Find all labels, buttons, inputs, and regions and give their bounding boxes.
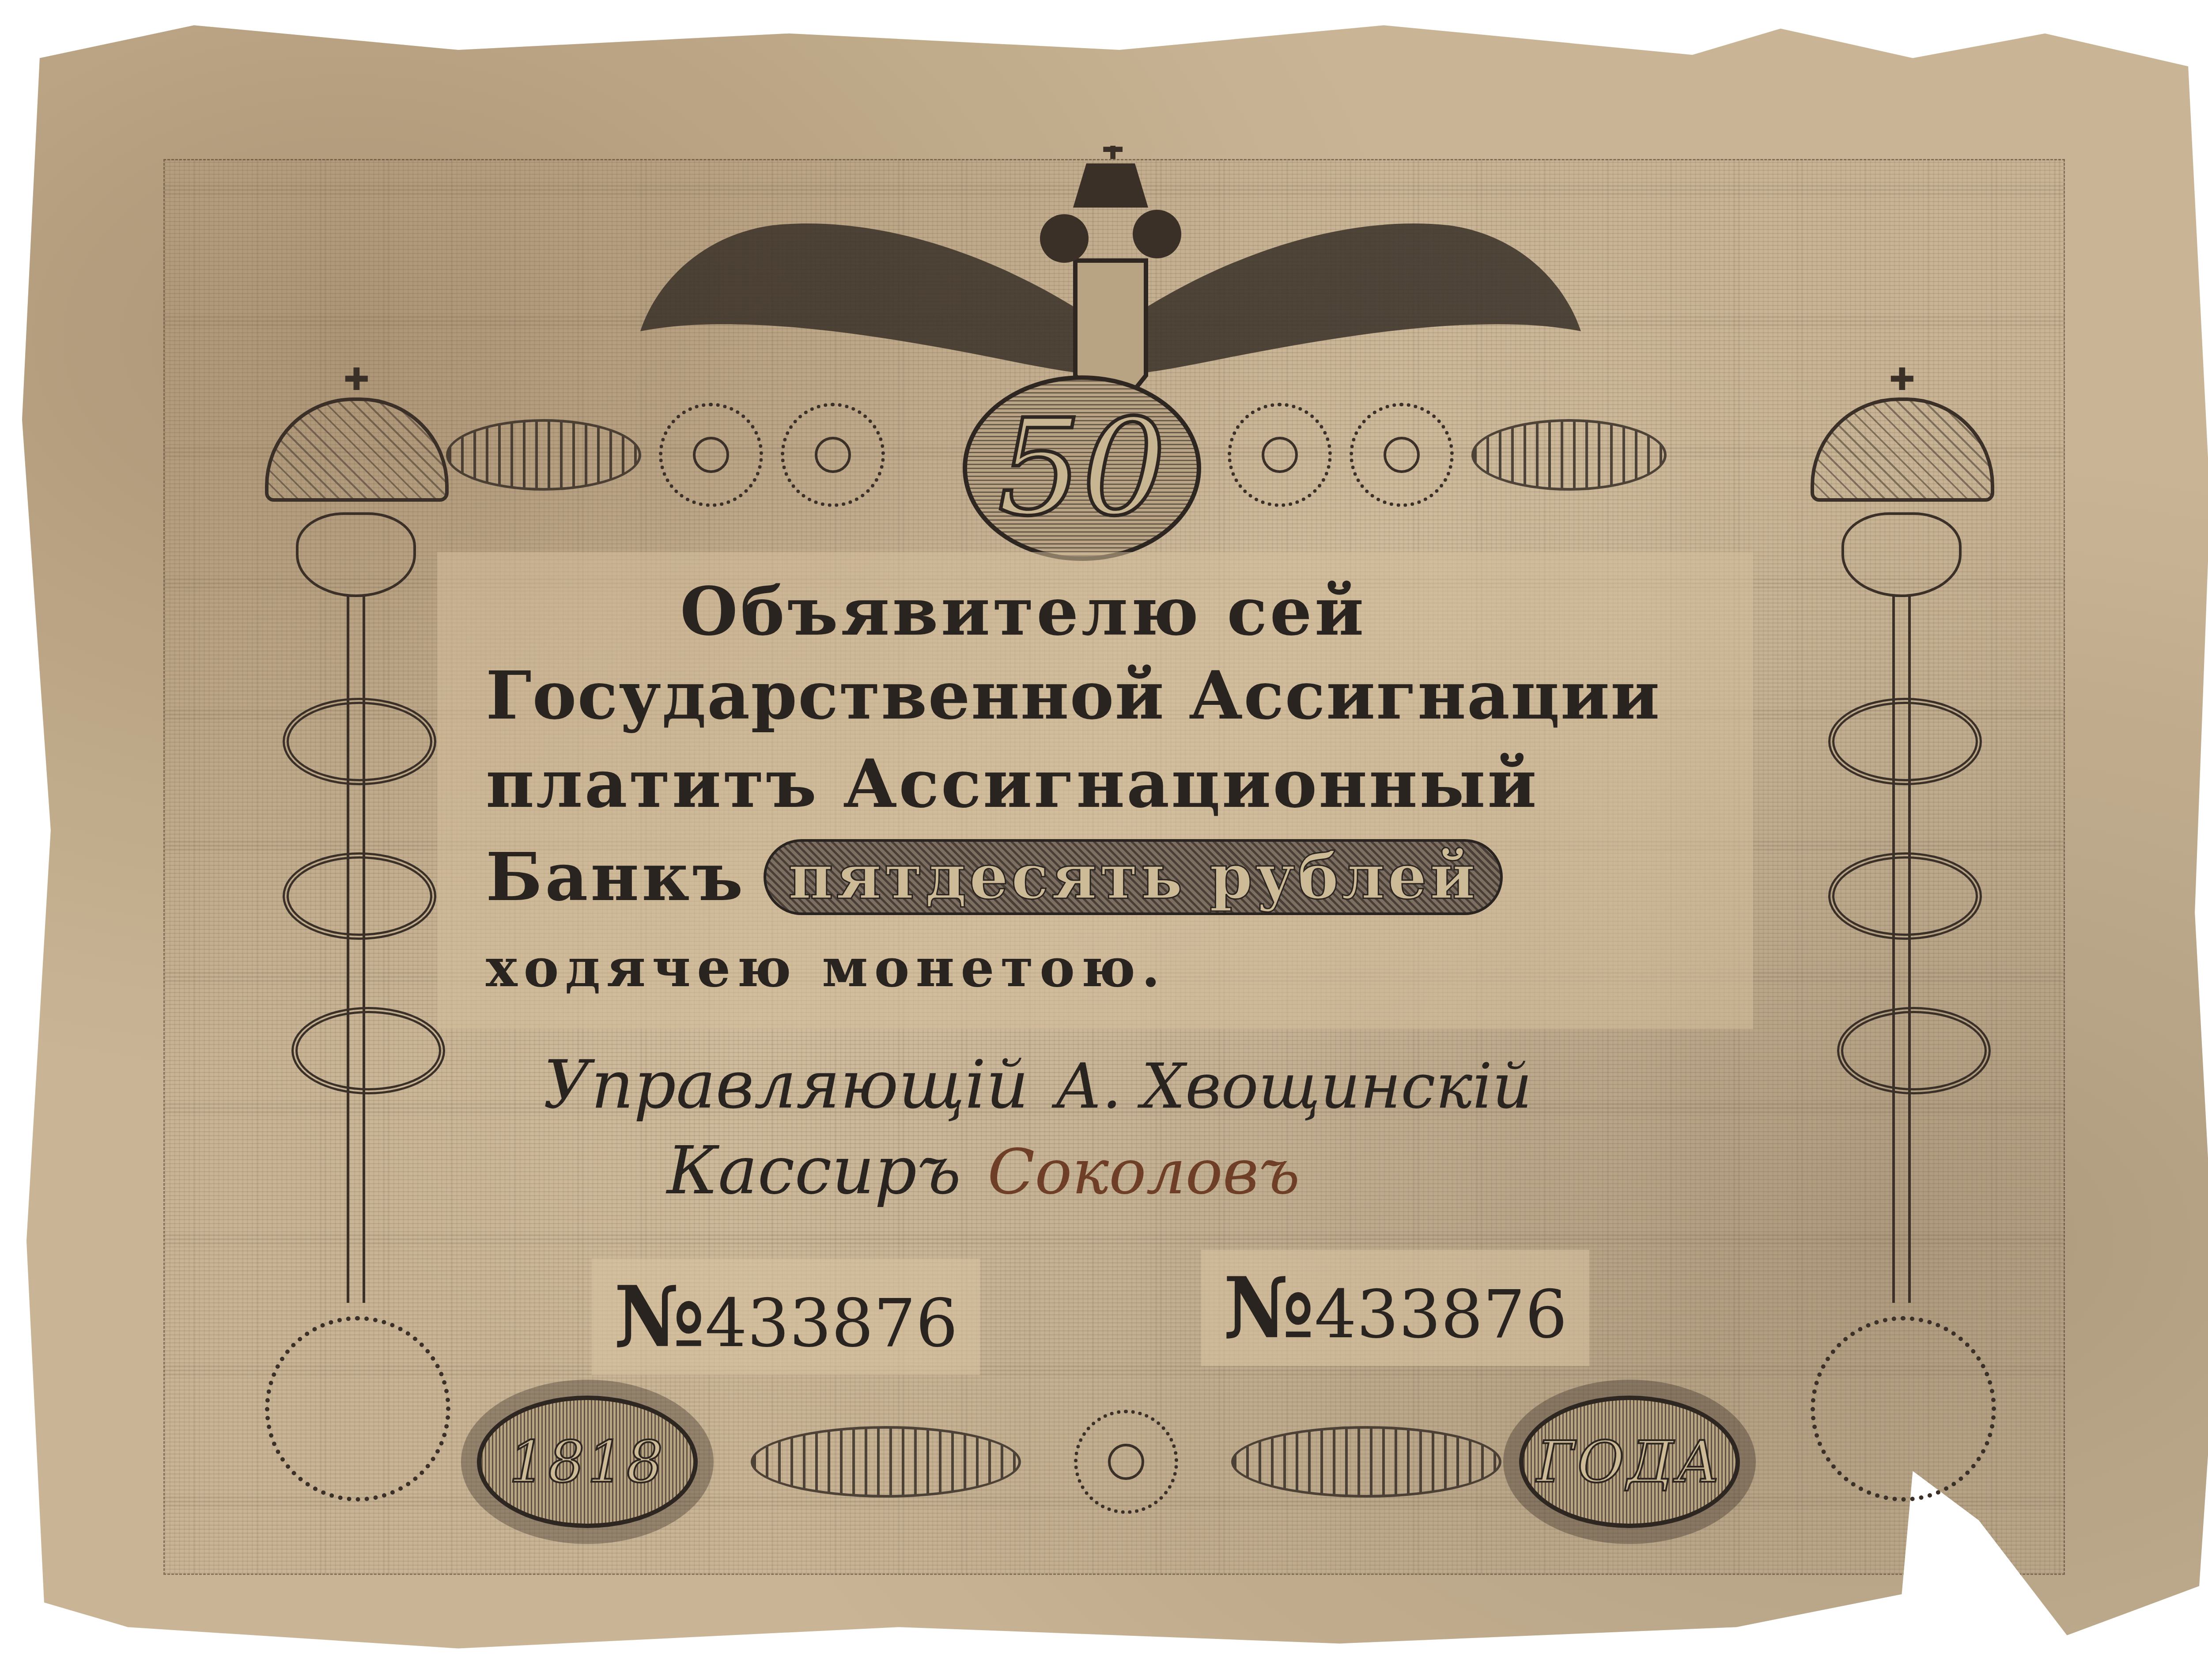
bottom-center-ornament	[751, 1404, 1501, 1519]
inscription-line-2: Государственной Ассигнации	[486, 662, 1722, 729]
year-word: ГОДА	[1537, 1428, 1723, 1495]
inscription-line-3: платитъ Ассигнационный	[486, 751, 1722, 817]
numero-sign: №	[1223, 1259, 1315, 1357]
fern-ornament-icon	[1231, 1426, 1501, 1498]
right-floral-garland	[1228, 397, 1667, 512]
rosette-icon	[1228, 403, 1332, 507]
manager-signature: А. Хвощинскій	[1055, 1051, 1532, 1123]
rosette-icon	[781, 403, 885, 507]
laurel-wreath-icon	[283, 852, 436, 940]
inscription-line-4: Банкъ пятдесять рублей	[486, 839, 1722, 915]
imperial-crown-icon	[265, 397, 449, 502]
cashier-label: Кассиръ	[667, 1132, 961, 1209]
main-inscription: Объявителю сей Государственной Ассигнаци…	[486, 561, 1722, 995]
year-medallion: 1818	[477, 1396, 698, 1528]
fern-ornament-icon	[751, 1426, 1021, 1498]
sunburst-ornament-icon	[265, 1316, 450, 1502]
inscription-line-4-prefix: Банкъ	[486, 844, 746, 910]
year-word-medallion: ГОДА	[1519, 1396, 1740, 1528]
cashier-signature-row: Кассиръ Соколовъ	[667, 1132, 1647, 1209]
laurel-wreath-icon	[1828, 852, 1982, 940]
rosette-icon	[1350, 403, 1454, 507]
cashier-signature: Соколовъ	[987, 1136, 1300, 1208]
numero-sign: №	[614, 1268, 705, 1366]
denomination-numeral: 50	[998, 402, 1166, 534]
eagle-shield-icon	[296, 512, 416, 597]
right-scepter-column	[1775, 389, 2023, 1493]
svg-text:✚: ✚	[1102, 146, 1124, 166]
serial-number-right: №433876	[1201, 1250, 1589, 1366]
inscription-line-1: Объявителю сей	[680, 579, 1722, 645]
laurel-wreath-icon	[1828, 698, 1982, 785]
amount-in-words: пятдесять рублей	[764, 839, 1503, 915]
leaf-ornament-icon	[1471, 419, 1667, 491]
laurel-wreath-icon	[291, 1007, 445, 1094]
imperial-crown-icon	[1811, 397, 1994, 502]
signature-block: Управляющій А. Хвощинскій Кассиръ Соколо…	[543, 1047, 1647, 1209]
serial-number-value: 433876	[1315, 1276, 1568, 1353]
left-floral-garland	[446, 397, 885, 512]
serial-number-value: 433876	[705, 1285, 958, 1362]
sunburst-ornament-icon	[1811, 1316, 1996, 1502]
serial-number-left: №433876	[592, 1259, 980, 1375]
issue-year: 1818	[509, 1428, 666, 1495]
laurel-wreath-icon	[1837, 1007, 1991, 1094]
denomination-medallion: 50	[963, 375, 1201, 561]
rosette-icon	[659, 403, 763, 507]
rosette-icon	[1074, 1410, 1178, 1514]
laurel-wreath-icon	[283, 698, 436, 785]
eagle-shield-icon	[1841, 512, 1962, 597]
manager-signature-row: Управляющій А. Хвощинскій	[543, 1047, 1647, 1124]
manager-label: Управляющій	[543, 1047, 1028, 1124]
inscription-line-5: ходячею монетою.	[486, 942, 1722, 995]
